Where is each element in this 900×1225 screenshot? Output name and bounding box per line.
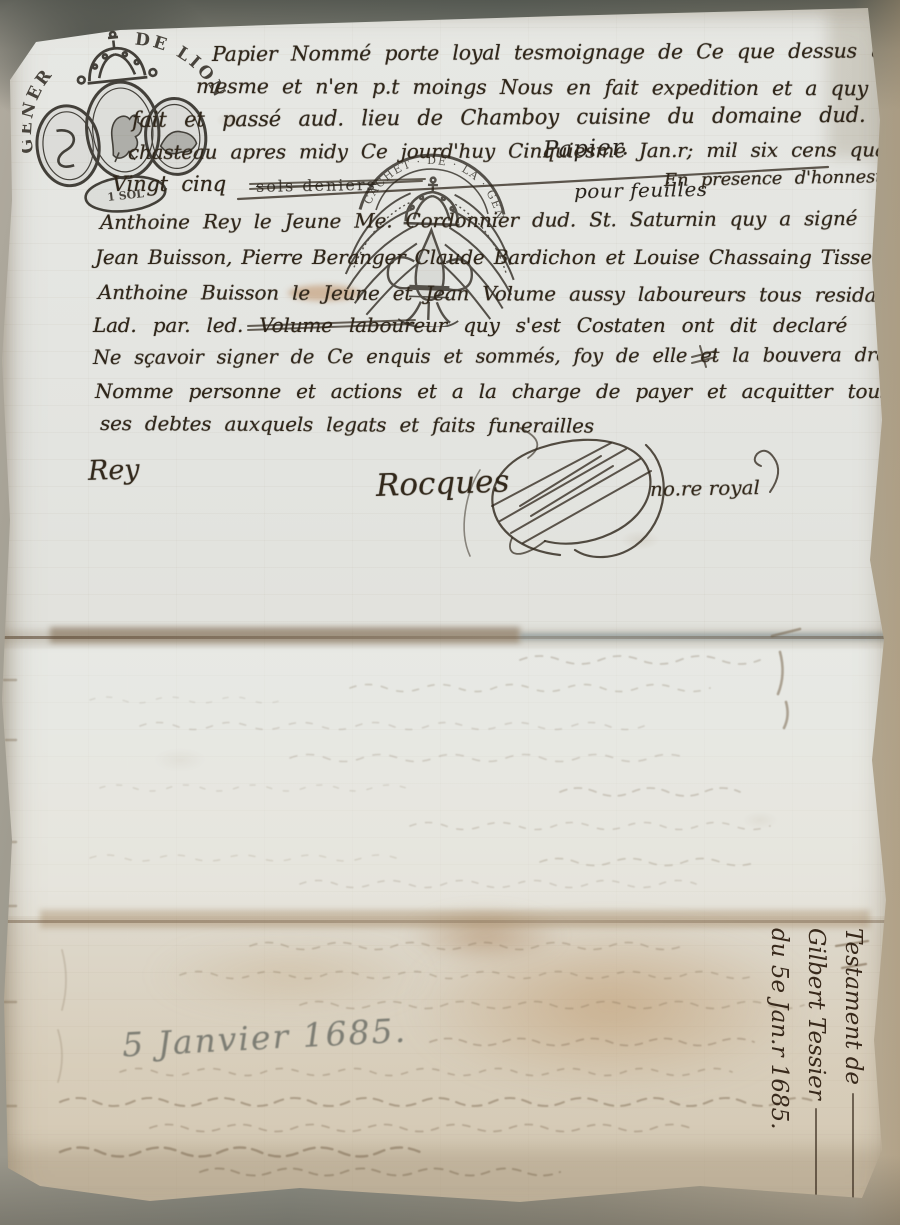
manuscript-page: GENER DE LION bbox=[0, 0, 900, 1225]
paper-edge-vignette bbox=[0, 0, 900, 1225]
photo-backdrop: GENER DE LION bbox=[0, 0, 900, 1225]
